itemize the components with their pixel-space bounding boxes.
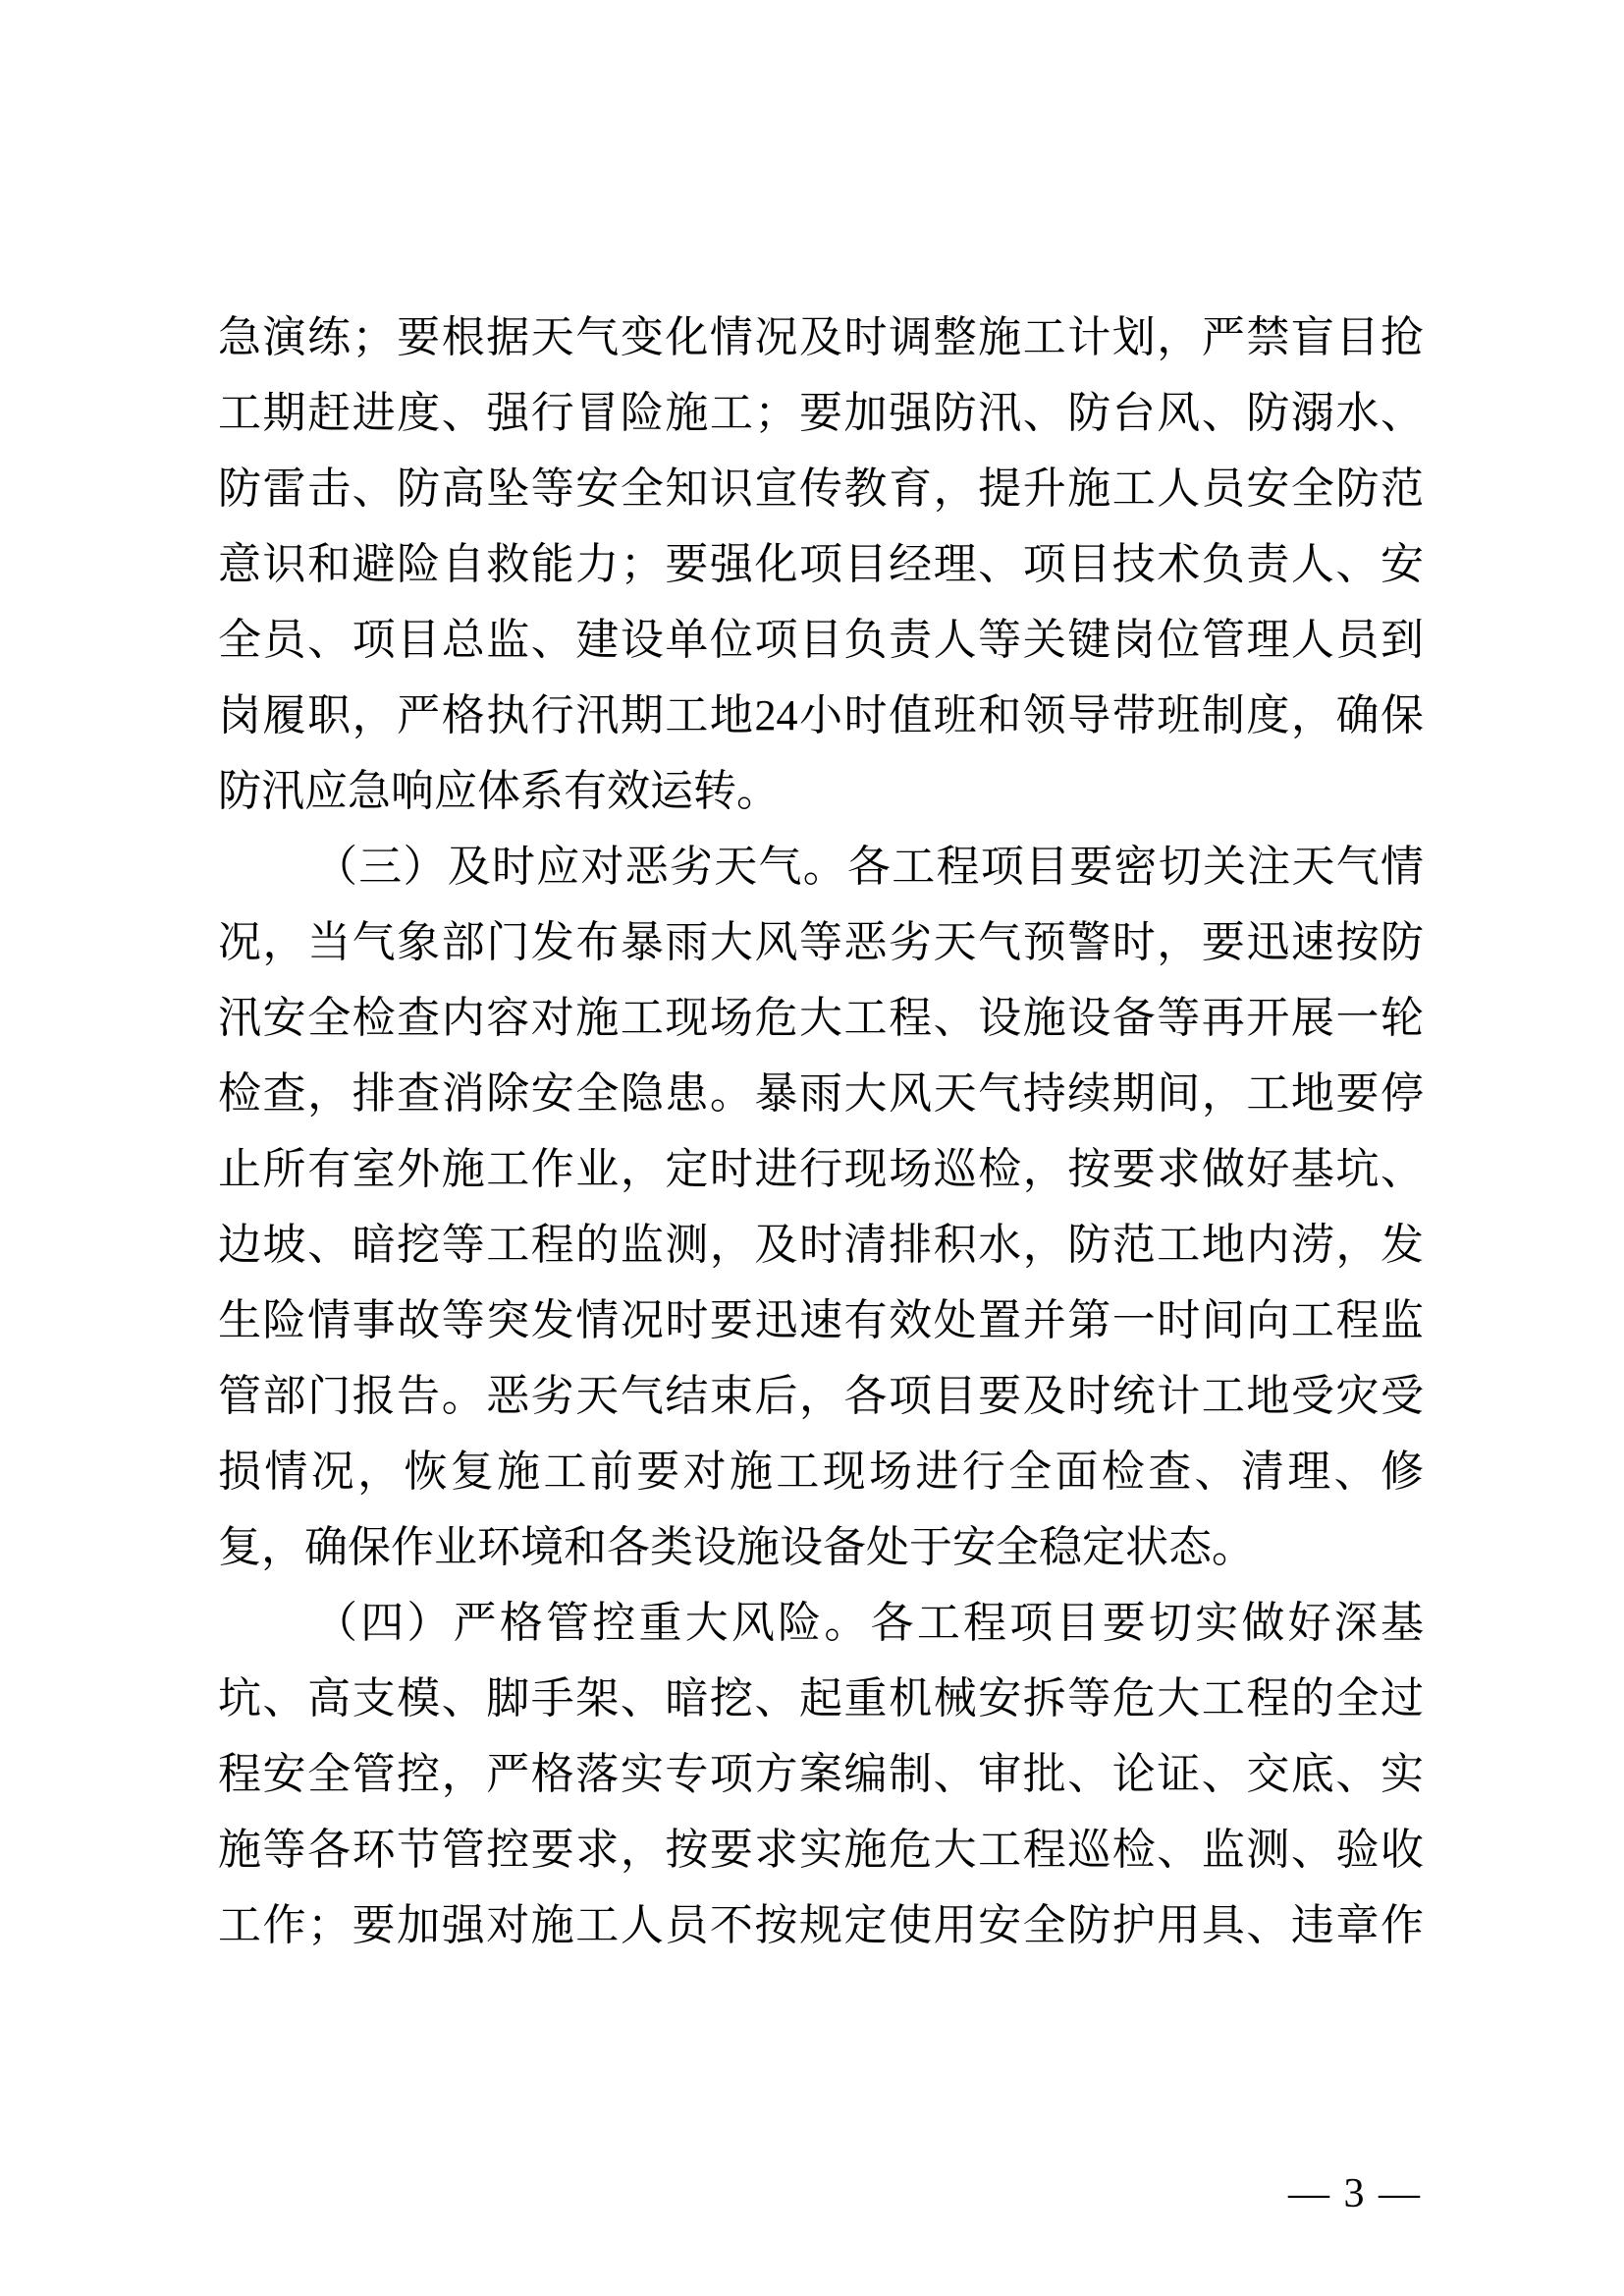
text-line: 边坡、暗挖等工程的监测，及时清排积水，防范工地内涝，发 (218, 1207, 1424, 1283)
text-line-section-3-start: （三）及时应对恶劣天气。各工程项目要密切关注天气情 (218, 829, 1424, 904)
text-line: 全员、项目总监、建设单位项目负责人等关键岗位管理人员到 (218, 602, 1424, 678)
text-line: 复，确保作业环境和各类设施设备处于安全稳定状态。 (218, 1509, 1424, 1585)
text-line: 工作；要加强对施工人员不按规定使用安全防护用具、违章作 (218, 1887, 1424, 1963)
text-line: 程安全管控，严格落实专项方案编制、审批、论证、交底、实 (218, 1736, 1424, 1812)
text-line: 损情况，恢复施工前要对施工现场进行全面检查、清理、修 (218, 1434, 1424, 1509)
text-line-section-4-start: （四）严格管控重大风险。各工程项目要切实做好深基 (218, 1585, 1424, 1661)
text-line: 工期赶进度、强行冒险施工；要加强防汛、防台风、防溺水、 (218, 375, 1424, 451)
text-line: 况，当气象部门发布暴雨大风等恶劣天气预警时，要迅速按防 (218, 904, 1424, 980)
text-line: 止所有室外施工作业，定时进行现场巡检，按要求做好基坑、 (218, 1131, 1424, 1207)
text-line: 生险情事故等突发情况时要迅速有效处置并第一时间向工程监 (218, 1283, 1424, 1358)
text-line: 岗履职，严格执行汛期工地24小时值班和领导带班制度，确保 (218, 678, 1424, 753)
document-body: 急演练；要根据天气变化情况及时调整施工计划，严禁盲目抢 工期赶进度、强行冒险施工… (218, 300, 1424, 1963)
text-line: 坑、高支模、脚手架、暗挖、起重机械安拆等危大工程的全过 (218, 1661, 1424, 1736)
text-line: 急演练；要根据天气变化情况及时调整施工计划，严禁盲目抢 (218, 300, 1424, 375)
text-line: 施等各环节管控要求，按要求实施危大工程巡检、监测、验收 (218, 1812, 1424, 1887)
text-line: 防雷击、防高坠等安全知识宣传教育，提升施工人员安全防范 (218, 451, 1424, 526)
text-line: 汛安全检查内容对施工现场危大工程、设施设备等再开展一轮 (218, 980, 1424, 1056)
page-number: — 3 — (1288, 2164, 1422, 2223)
document-page: 急演练；要根据天气变化情况及时调整施工计划，严禁盲目抢 工期赶进度、强行冒险施工… (0, 0, 1624, 2296)
text-line: 防汛应急响应体系有效运转。 (218, 753, 1424, 829)
text-line: 检查，排查消除安全隐患。暴雨大风天气持续期间，工地要停 (218, 1056, 1424, 1131)
text-line: 管部门报告。恶劣天气结束后，各项目要及时统计工地受灾受 (218, 1358, 1424, 1434)
text-line: 意识和避险自救能力；要强化项目经理、项目技术负责人、安 (218, 526, 1424, 602)
